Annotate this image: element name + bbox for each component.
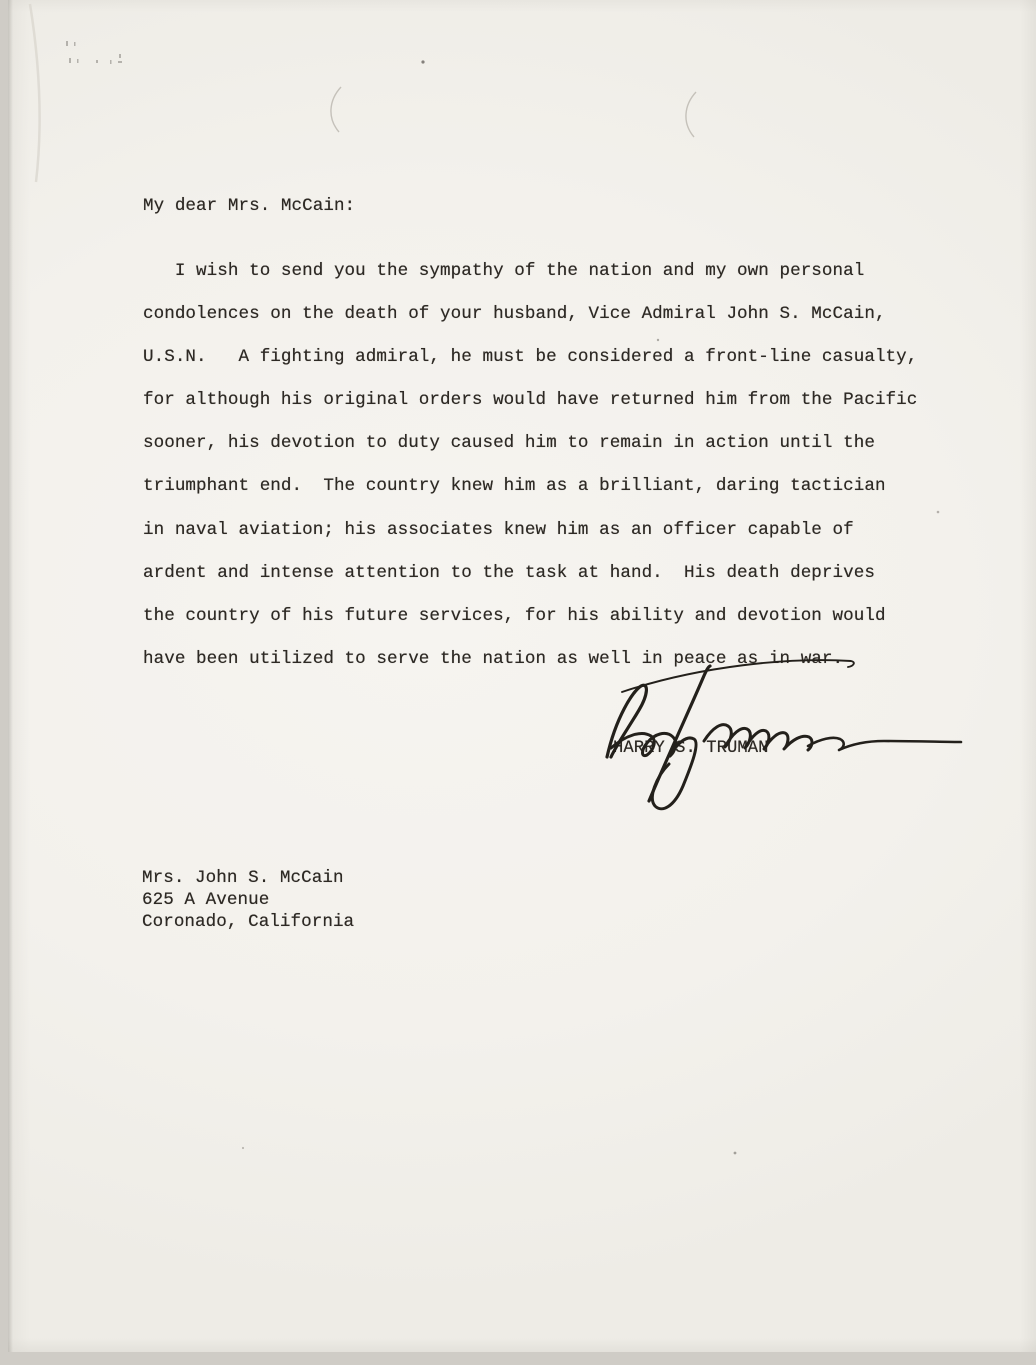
salutation: My dear Mrs. McCain: (143, 194, 355, 218)
letter-line: condolences on the death of your husband… (143, 293, 917, 336)
letter-line: in naval aviation; his associates knew h… (143, 509, 917, 552)
typed-signature-name: HARRY S. TRUMAN (613, 739, 768, 759)
address-line: Coronado, California (142, 912, 354, 934)
letter-line: have been utilized to serve the nation a… (143, 638, 917, 681)
letter-line: for although his original orders would h… (143, 379, 917, 422)
recipient-address: Mrs. John S. McCain625 A AvenueCoronado,… (142, 868, 354, 933)
letter-line: I wish to send you the sympathy of the n… (143, 250, 917, 293)
letter-line: ardent and intense attention to the task… (143, 552, 917, 595)
letter-body: I wish to send you the sympathy of the n… (143, 250, 917, 681)
scanned-letter-page: My dear Mrs. McCain: I wish to send you … (0, 0, 1036, 1365)
letter-line: U.S.N. A fighting admiral, he must be co… (143, 336, 917, 379)
address-line: Mrs. John S. McCain (142, 868, 354, 890)
letter-line: triumphant end. The country knew him as … (143, 465, 917, 508)
address-line: 625 A Avenue (142, 890, 354, 912)
letter-line: sooner, his devotion to duty caused him … (143, 422, 917, 465)
letter-line: the country of his future services, for … (143, 595, 917, 638)
